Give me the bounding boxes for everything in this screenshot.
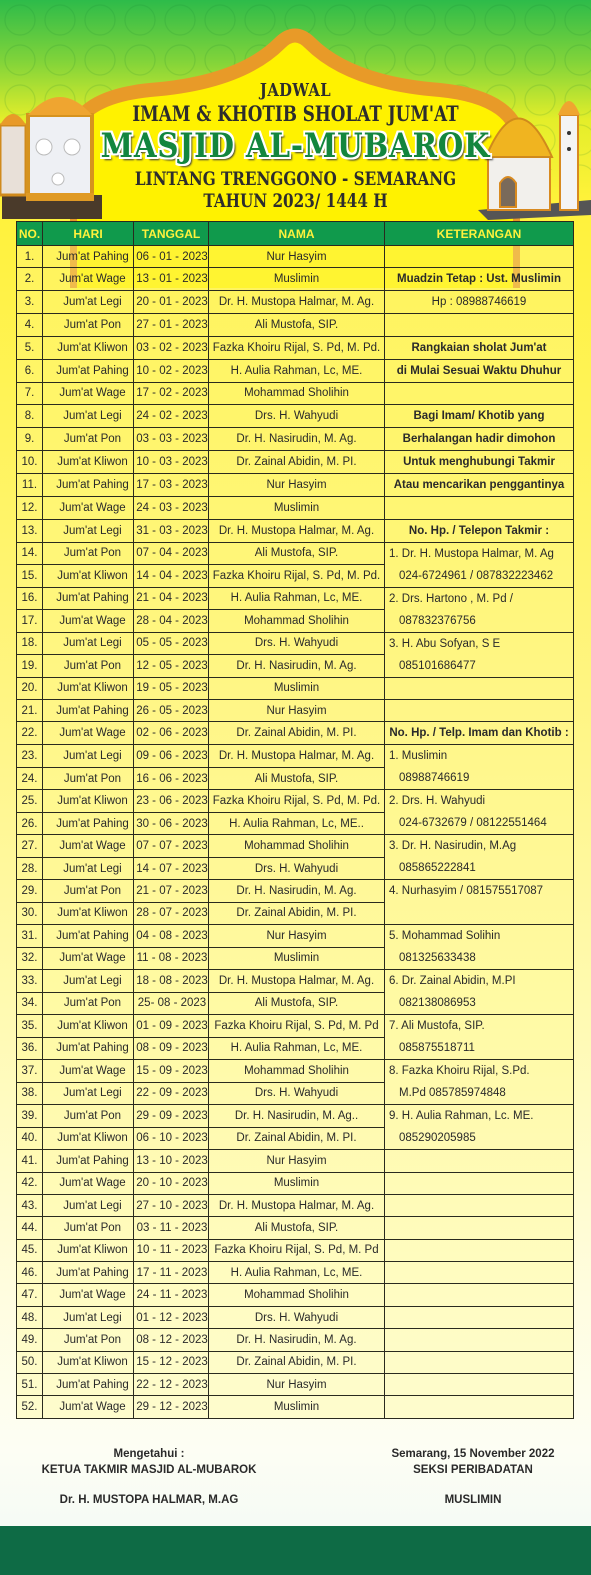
- cell-nama: Mohammad Sholihin: [209, 1284, 385, 1306]
- cell-keterangan: [385, 1306, 574, 1328]
- cell-tanggal: 15 - 09 - 2023: [134, 1060, 209, 1083]
- cell-hari: Jum'at Legi: [43, 745, 134, 768]
- cell-no: 2.: [17, 268, 43, 291]
- cell-hari: Jum'at Pahing: [43, 359, 134, 382]
- table-row: 8.Jum'at Legi24 - 02 - 2023Drs. H. Wahyu…: [17, 405, 574, 428]
- cell-keterangan: 1. Dr. H. Mustopa Halmar, M. Ag024-67249…: [385, 542, 574, 587]
- table-row: 25.Jum'at Kliwon23 - 06 - 2023Fazka Khoi…: [17, 790, 574, 813]
- cell-tanggal: 14 - 07 - 2023: [134, 857, 209, 880]
- table-row: 22.Jum'at Wage02 - 06 - 2023Dr. Zainal A…: [17, 722, 574, 745]
- cell-no: 43.: [17, 1194, 43, 1216]
- cell-nama: Dr. H. Mustopa Halmar, M. Ag.: [209, 519, 385, 542]
- cell-no: 49.: [17, 1329, 43, 1351]
- cell-tanggal: 21 - 04 - 2023: [134, 587, 209, 610]
- cell-nama: Dr. H. Nasirudin, M. Ag.: [209, 428, 385, 451]
- cell-hari: Jum'at Wage: [43, 947, 134, 970]
- cell-tanggal: 14 - 04 - 2023: [134, 565, 209, 588]
- table-row: 13.Jum'at Legi31 - 03 - 2023Dr. H. Musto…: [17, 519, 574, 542]
- cell-tanggal: 12 - 05 - 2023: [134, 655, 209, 678]
- cell-tanggal: 08 - 09 - 2023: [134, 1037, 209, 1060]
- cell-nama: Muslimin: [209, 677, 385, 699]
- cell-nama: Fazka Khoiru Rijal, S. Pd, M. Pd.: [209, 336, 385, 359]
- cell-nama: Dr. H. Mustopa Halmar, M. Ag.: [209, 745, 385, 768]
- cell-no: 29.: [17, 880, 43, 902]
- cell-tanggal: 07 - 04 - 2023: [134, 542, 209, 565]
- cell-nama: Dr. H. Nasirudin, M. Ag.: [209, 880, 385, 902]
- cell-no: 8.: [17, 405, 43, 428]
- cell-no: 11.: [17, 474, 43, 497]
- cell-nama: Dr. Zainal Abidin, M. PI.: [209, 902, 385, 924]
- cell-no: 17.: [17, 610, 43, 633]
- cell-hari: Jum'at Legi: [43, 1194, 134, 1216]
- keterangan-line: 024-6732679 / 08122551464: [389, 812, 573, 834]
- keterangan-line: 3. H. Abu Sofyan, S E: [389, 633, 573, 655]
- cell-keterangan: 2. Drs. H. Wahyudi024-6732679 / 08122551…: [385, 790, 574, 835]
- table-row: 7.Jum'at Wage17 - 02 - 2023Mohammad Shol…: [17, 382, 574, 404]
- cell-hari: Jum'at Wage: [43, 722, 134, 745]
- cell-nama: Drs. H. Wahyudi: [209, 857, 385, 880]
- schedule-table: NO. HARI TANGGAL NAMA KETERANGAN 1.Jum'a…: [16, 221, 574, 1419]
- keterangan-line: 1. Dr. H. Mustopa Halmar, M. Ag: [389, 543, 573, 565]
- footer-right-place-date: Semarang, 15 November 2022: [378, 1446, 568, 1462]
- cell-no: 33.: [17, 970, 43, 993]
- cell-hari: Jum'at Pahing: [43, 587, 134, 610]
- keterangan-line: 2. Drs. H. Wahyudi: [389, 790, 573, 812]
- table-row: 4.Jum'at Pon27 - 01 - 2023Ali Mustofa, S…: [17, 314, 574, 336]
- cell-hari: Jum'at Legi: [43, 1306, 134, 1328]
- cell-tanggal: 17 - 03 - 2023: [134, 474, 209, 497]
- cell-hari: Jum'at Pahing: [43, 925, 134, 948]
- title-block: JADWAL IMAM & KHOTIB SHOLAT JUM'AT MASJI…: [0, 80, 591, 212]
- cell-keterangan: No. Hp. / Telepon Takmir :: [385, 519, 574, 542]
- cell-no: 26.: [17, 812, 43, 835]
- cell-hari: Jum'at Kliwon: [43, 451, 134, 474]
- cell-no: 7.: [17, 382, 43, 404]
- cell-tanggal: 29 - 12 - 2023: [134, 1396, 209, 1418]
- footer-left-label: Mengetahui :: [20, 1446, 278, 1462]
- footer-left: Mengetahui : KETUA TAKMIR MASJID AL-MUBA…: [20, 1446, 278, 1508]
- table-row: 16.Jum'at Pahing21 - 04 - 2023H. Aulia R…: [17, 587, 574, 610]
- cell-tanggal: 20 - 01 - 2023: [134, 291, 209, 314]
- cell-hari: Jum'at Pon: [43, 880, 134, 902]
- cell-nama: Muslimin: [209, 1396, 385, 1418]
- cell-no: 46.: [17, 1262, 43, 1284]
- cell-tanggal: 22 - 12 - 2023: [134, 1374, 209, 1396]
- cell-nama: Dr. H. Mustopa Halmar, M. Ag.: [209, 291, 385, 314]
- cell-nama: Nur Hasyim: [209, 1374, 385, 1396]
- cell-nama: Nur Hasyim: [209, 474, 385, 497]
- cell-nama: Drs. H. Wahyudi: [209, 632, 385, 655]
- cell-hari: Jum'at Pon: [43, 1217, 134, 1239]
- table-row: 12.Jum'at Wage24 - 03 - 2023Muslimin: [17, 497, 574, 519]
- cell-no: 18.: [17, 632, 43, 655]
- cell-hari: Jum'at Kliwon: [43, 790, 134, 813]
- cell-no: 35.: [17, 1015, 43, 1038]
- cell-no: 42.: [17, 1172, 43, 1194]
- cell-no: 52.: [17, 1396, 43, 1418]
- cell-tanggal: 10 - 02 - 2023: [134, 359, 209, 382]
- cell-nama: Ali Mustofa, SIP.: [209, 542, 385, 565]
- cell-no: 51.: [17, 1374, 43, 1396]
- cell-nama: Fazka Khoiru Rijal, S. Pd, M. Pd.: [209, 565, 385, 588]
- cell-nama: Dr. H. Mustopa Halmar, M. Ag.: [209, 970, 385, 993]
- cell-nama: Mohammad Sholihin: [209, 610, 385, 633]
- cell-keterangan: 7. Ali Mustofa, SIP.085875518711: [385, 1015, 574, 1060]
- table-row: 1.Jum'at Pahing06 - 01 - 2023Nur Hasyim: [17, 246, 574, 268]
- column-header-hari: HARI: [43, 222, 134, 246]
- cell-hari: Jum'at Wage: [43, 1060, 134, 1083]
- table-row: 21.Jum'at Pahing26 - 05 - 2023Nur Hasyim: [17, 699, 574, 721]
- keterangan-line: 1. Muslimin: [389, 745, 573, 767]
- keterangan-line: 9. H. Aulia Rahman, Lc. ME.: [389, 1105, 573, 1127]
- cell-hari: Jum'at Pon: [43, 542, 134, 565]
- column-header-no: NO.: [17, 222, 43, 246]
- keterangan-line: Hp : 08988746619: [385, 291, 573, 313]
- cell-no: 23.: [17, 745, 43, 768]
- cell-tanggal: 27 - 10 - 2023: [134, 1194, 209, 1216]
- table-row: 48.Jum'at Legi01 - 12 - 2023Drs. H. Wahy…: [17, 1306, 574, 1328]
- cell-tanggal: 21 - 07 - 2023: [134, 880, 209, 902]
- cell-nama: H. Aulia Rahman, Lc, ME.: [209, 359, 385, 382]
- cell-hari: Jum'at Wage: [43, 1172, 134, 1194]
- table-row: 45.Jum'at Kliwon10 - 11 - 2023Fazka Khoi…: [17, 1239, 574, 1261]
- cell-tanggal: 07 - 07 - 2023: [134, 835, 209, 858]
- cell-keterangan: [385, 1194, 574, 1216]
- cell-hari: Jum'at Legi: [43, 970, 134, 993]
- footer-right: Semarang, 15 November 2022 SEKSI PERIBAD…: [378, 1446, 568, 1508]
- cell-tanggal: 28 - 07 - 2023: [134, 902, 209, 924]
- cell-no: 15.: [17, 565, 43, 588]
- cell-nama: Ali Mustofa, SIP.: [209, 314, 385, 336]
- cell-nama: Mohammad Sholihin: [209, 382, 385, 404]
- cell-tanggal: 25- 08 - 2023: [134, 992, 209, 1015]
- cell-keterangan: [385, 1239, 574, 1261]
- table-row: 27.Jum'at Wage07 - 07 - 2023Mohammad Sho…: [17, 835, 574, 858]
- cell-tanggal: 24 - 03 - 2023: [134, 497, 209, 519]
- cell-keterangan: [385, 1329, 574, 1351]
- cell-tanggal: 29 - 09 - 2023: [134, 1105, 209, 1128]
- keterangan-line: 024-6724961 / 087832223462: [389, 565, 573, 587]
- keterangan-line: 08988746619: [389, 767, 573, 789]
- keterangan-line: 4. Nurhasyim / 081575517087: [389, 880, 573, 902]
- cell-hari: Jum'at Wage: [43, 835, 134, 858]
- cell-hari: Jum'at Pahing: [43, 1374, 134, 1396]
- cell-tanggal: 06 - 10 - 2023: [134, 1127, 209, 1150]
- table-row: 29.Jum'at Pon21 - 07 - 2023Dr. H. Nasiru…: [17, 880, 574, 902]
- cell-hari: Jum'at Wage: [43, 1284, 134, 1306]
- cell-no: 45.: [17, 1239, 43, 1261]
- cell-hari: Jum'at Wage: [43, 1396, 134, 1418]
- cell-no: 44.: [17, 1217, 43, 1239]
- table-row: 50.Jum'at Kliwon15 - 12 - 2023Dr. Zainal…: [17, 1351, 574, 1373]
- cell-hari: Jum'at Legi: [43, 519, 134, 542]
- cell-no: 20.: [17, 677, 43, 699]
- cell-no: 27.: [17, 835, 43, 858]
- column-header-tanggal: TANGGAL: [134, 222, 209, 246]
- cell-hari: Jum'at Wage: [43, 497, 134, 519]
- location: LINTANG TRENGGONO - SEMARANG: [59, 168, 532, 190]
- cell-tanggal: 08 - 12 - 2023: [134, 1329, 209, 1351]
- cell-hari: Jum'at Pahing: [43, 812, 134, 835]
- cell-nama: Dr. H. Nasirudin, M. Ag.: [209, 1329, 385, 1351]
- table-row: 14.Jum'at Pon07 - 04 - 2023Ali Mustofa, …: [17, 542, 574, 565]
- cell-tanggal: 10 - 11 - 2023: [134, 1239, 209, 1261]
- cell-nama: H. Aulia Rahman, Lc, ME.: [209, 587, 385, 610]
- cell-tanggal: 01 - 09 - 2023: [134, 1015, 209, 1038]
- keterangan-line: Bagi Imam/ Khotib yang: [385, 405, 573, 427]
- cell-nama: Muslimin: [209, 1172, 385, 1194]
- cell-hari: Jum'at Pahing: [43, 474, 134, 497]
- cell-keterangan: [385, 1262, 574, 1284]
- keterangan-line: 5. Mohammad Solihin: [389, 925, 573, 947]
- table-row: 49.Jum'at Pon08 - 12 - 2023Dr. H. Nasiru…: [17, 1329, 574, 1351]
- cell-nama: Dr. H. Mustopa Halmar, M. Ag.: [209, 1194, 385, 1216]
- cell-keterangan: 8. Fazka Khoiru Rijal, S.Pd.M.Pd 0857859…: [385, 1060, 574, 1105]
- cell-keterangan: [385, 1284, 574, 1306]
- cell-no: 13.: [17, 519, 43, 542]
- cell-hari: Jum'at Wage: [43, 382, 134, 404]
- cell-no: 3.: [17, 291, 43, 314]
- cell-nama: Ali Mustofa, SIP.: [209, 992, 385, 1015]
- cell-tanggal: 13 - 10 - 2023: [134, 1150, 209, 1172]
- cell-no: 9.: [17, 428, 43, 451]
- cell-no: 16.: [17, 587, 43, 610]
- cell-hari: Jum'at Legi: [43, 291, 134, 314]
- cell-no: 1.: [17, 246, 43, 268]
- cell-tanggal: 27 - 01 - 2023: [134, 314, 209, 336]
- year: TAHUN 2023/ 1444 H: [59, 190, 532, 212]
- cell-keterangan: 3. Dr. H. Nasirudin, M.Ag085865222841: [385, 835, 574, 880]
- cell-keterangan: 3. H. Abu Sofyan, S E085101686477: [385, 632, 574, 677]
- cell-nama: Muslimin: [209, 947, 385, 970]
- cell-nama: Drs. H. Wahyudi: [209, 405, 385, 428]
- table-row: 44.Jum'at Pon03 - 11 - 2023Ali Mustofa, …: [17, 1217, 574, 1239]
- title-line2: IMAM & KHOTIB SHOLAT JUM'AT: [59, 102, 532, 126]
- keterangan-line: di Mulai Sesuai Waktu Dhuhur: [385, 360, 573, 382]
- cell-hari: Jum'at Pahing: [43, 1150, 134, 1172]
- table-row: 11.Jum'at Pahing17 - 03 - 2023Nur Hasyim…: [17, 474, 574, 497]
- table-row: 35.Jum'at Kliwon01 - 09 - 2023Fazka Khoi…: [17, 1015, 574, 1038]
- cell-keterangan: No. Hp. / Telp. Imam dan Khotib :: [385, 722, 574, 745]
- cell-tanggal: 10 - 03 - 2023: [134, 451, 209, 474]
- cell-no: 12.: [17, 497, 43, 519]
- cell-no: 6.: [17, 359, 43, 382]
- keterangan-line: Muadzin Tetap : Ust. Muslimin: [385, 268, 573, 290]
- cell-hari: Jum'at Pon: [43, 1329, 134, 1351]
- keterangan-line: 085875518711: [389, 1037, 573, 1059]
- keterangan-line: 085290205985: [389, 1127, 573, 1149]
- table-row: 46.Jum'at Pahing17 - 11 - 2023H. Aulia R…: [17, 1262, 574, 1284]
- table-row: 10.Jum'at Kliwon10 - 03 - 2023Dr. Zainal…: [17, 451, 574, 474]
- title-line1: JADWAL: [53, 80, 538, 102]
- cell-keterangan: [385, 314, 574, 336]
- cell-tanggal: 26 - 05 - 2023: [134, 699, 209, 721]
- cell-tanggal: 06 - 01 - 2023: [134, 246, 209, 268]
- cell-keterangan: 1. Muslimin08988746619: [385, 745, 574, 790]
- cell-no: 34.: [17, 992, 43, 1015]
- cell-tanggal: 03 - 11 - 2023: [134, 1217, 209, 1239]
- cell-hari: Jum'at Pon: [43, 428, 134, 451]
- cell-tanggal: 24 - 11 - 2023: [134, 1284, 209, 1306]
- cell-nama: Ali Mustofa, SIP.: [209, 1217, 385, 1239]
- cell-nama: Drs. H. Wahyudi: [209, 1082, 385, 1105]
- keterangan-line: Rangkaian sholat Jum'at: [385, 337, 573, 359]
- cell-no: 37.: [17, 1060, 43, 1083]
- cell-tanggal: 11 - 08 - 2023: [134, 947, 209, 970]
- cell-keterangan: 6. Dr. Zainal Abidin, M.PI082138086953: [385, 970, 574, 1015]
- cell-tanggal: 23 - 06 - 2023: [134, 790, 209, 813]
- keterangan-line: Berhalangan hadir dimohon: [385, 428, 573, 450]
- keterangan-line: 081325633438: [389, 947, 573, 969]
- table-row: 39.Jum'at Pon29 - 09 - 2023Dr. H. Nasiru…: [17, 1105, 574, 1128]
- cell-no: 28.: [17, 857, 43, 880]
- table-row: 23.Jum'at Legi09 - 06 - 2023Dr. H. Musto…: [17, 745, 574, 768]
- table-row: 5.Jum'at Kliwon03 - 02 - 2023Fazka Khoir…: [17, 336, 574, 359]
- keterangan-line: 082138086953: [389, 992, 573, 1014]
- keterangan-line: M.Pd 085785974848: [389, 1082, 573, 1104]
- cell-keterangan: Rangkaian sholat Jum'at: [385, 336, 574, 359]
- cell-keterangan: Atau mencarikan penggantinya: [385, 474, 574, 497]
- cell-nama: Dr. H. Nasirudin, M. Ag.: [209, 655, 385, 678]
- cell-nama: Dr. Zainal Abidin, M. PI.: [209, 722, 385, 745]
- keterangan-line: Untuk menghubungi Takmir: [385, 451, 573, 473]
- cell-keterangan: Hp : 08988746619: [385, 291, 574, 314]
- cell-hari: Jum'at Wage: [43, 610, 134, 633]
- cell-tanggal: 31 - 03 - 2023: [134, 519, 209, 542]
- cell-no: 5.: [17, 336, 43, 359]
- cell-tanggal: 05 - 05 - 2023: [134, 632, 209, 655]
- cell-no: 50.: [17, 1351, 43, 1373]
- table-row: 37.Jum'at Wage15 - 09 - 2023Mohammad Sho…: [17, 1060, 574, 1083]
- cell-keterangan: [385, 1351, 574, 1373]
- cell-nama: Dr. Zainal Abidin, M. PI.: [209, 1351, 385, 1373]
- cell-keterangan: 9. H. Aulia Rahman, Lc. ME.085290205985: [385, 1105, 574, 1150]
- table-row: 2.Jum'at Wage13 - 01 - 2023MusliminMuadz…: [17, 268, 574, 291]
- cell-nama: Nur Hasyim: [209, 246, 385, 268]
- footer-right-name: MUSLIMIN: [378, 1492, 568, 1508]
- cell-tanggal: 03 - 02 - 2023: [134, 336, 209, 359]
- cell-keterangan: [385, 1396, 574, 1418]
- cell-hari: Jum'at Kliwon: [43, 1127, 134, 1150]
- cell-tanggal: 22 - 09 - 2023: [134, 1082, 209, 1105]
- cell-no: 4.: [17, 314, 43, 336]
- cell-keterangan: [385, 497, 574, 519]
- cell-keterangan: [385, 699, 574, 721]
- cell-keterangan: [385, 1374, 574, 1396]
- keterangan-line: 8. Fazka Khoiru Rijal, S.Pd.: [389, 1060, 573, 1082]
- cell-hari: Jum'at Kliwon: [43, 902, 134, 924]
- table-row: 42.Jum'at Wage20 - 10 - 2023Muslimin: [17, 1172, 574, 1194]
- cell-no: 30.: [17, 902, 43, 924]
- cell-hari: Jum'at Pahing: [43, 1037, 134, 1060]
- cell-nama: Dr. Zainal Abidin, M. PI.: [209, 1127, 385, 1150]
- cell-hari: Jum'at Kliwon: [43, 1239, 134, 1261]
- cell-hari: Jum'at Wage: [43, 268, 134, 291]
- cell-nama: Mohammad Sholihin: [209, 835, 385, 858]
- keterangan-line: 2. Drs. Hartono , M. Pd /: [389, 588, 573, 610]
- cell-keterangan: Berhalangan hadir dimohon: [385, 428, 574, 451]
- cell-keterangan: Untuk menghubungi Takmir: [385, 451, 574, 474]
- table-row: 41.Jum'at Pahing13 - 10 - 2023Nur Hasyim: [17, 1150, 574, 1172]
- cell-tanggal: 15 - 12 - 2023: [134, 1351, 209, 1373]
- keterangan-line: 3. Dr. H. Nasirudin, M.Ag: [389, 835, 573, 857]
- cell-hari: Jum'at Pon: [43, 1105, 134, 1128]
- cell-keterangan: [385, 1217, 574, 1239]
- cell-no: 19.: [17, 655, 43, 678]
- bottom-bar: [0, 1526, 591, 1575]
- cell-no: 10.: [17, 451, 43, 474]
- cell-hari: Jum'at Pahing: [43, 246, 134, 268]
- table-row: 52.Jum'at Wage29 - 12 - 2023Muslimin: [17, 1396, 574, 1418]
- cell-hari: Jum'at Pon: [43, 314, 134, 336]
- cell-no: 22.: [17, 722, 43, 745]
- cell-nama: Dr. H. Nasirudin, M. Ag..: [209, 1105, 385, 1128]
- cell-keterangan: 5. Mohammad Solihin081325633438: [385, 925, 574, 970]
- cell-hari: Jum'at Kliwon: [43, 1351, 134, 1373]
- keterangan-line: No. Hp. / Telepon Takmir :: [385, 520, 573, 542]
- column-header-keterangan: KETERANGAN: [385, 222, 574, 246]
- cell-no: 24.: [17, 767, 43, 790]
- cell-keterangan: 4. Nurhasyim / 081575517087: [385, 880, 574, 925]
- table-row: 6.Jum'at Pahing10 - 02 - 2023H. Aulia Ra…: [17, 359, 574, 382]
- keterangan-line: 7. Ali Mustofa, SIP.: [389, 1015, 573, 1037]
- cell-no: 36.: [17, 1037, 43, 1060]
- cell-no: 14.: [17, 542, 43, 565]
- keterangan-line: Atau mencarikan penggantinya: [385, 474, 573, 496]
- cell-nama: Nur Hasyim: [209, 1150, 385, 1172]
- cell-hari: Jum'at Legi: [43, 1082, 134, 1105]
- cell-hari: Jum'at Pahing: [43, 699, 134, 721]
- cell-nama: H. Aulia Rahman, Lc, ME.: [209, 1037, 385, 1060]
- cell-hari: Jum'at Kliwon: [43, 677, 134, 699]
- cell-nama: Mohammad Sholihin: [209, 1060, 385, 1083]
- cell-hari: Jum'at Legi: [43, 857, 134, 880]
- table-row: 31.Jum'at Pahing04 - 08 - 2023Nur Hasyim…: [17, 925, 574, 948]
- table-row: 51.Jum'at Pahing22 - 12 - 2023Nur Hasyim: [17, 1374, 574, 1396]
- cell-nama: Dr. Zainal Abidin, M. PI.: [209, 451, 385, 474]
- cell-tanggal: 09 - 06 - 2023: [134, 745, 209, 768]
- cell-keterangan: Bagi Imam/ Khotib yang: [385, 405, 574, 428]
- cell-tanggal: 01 - 12 - 2023: [134, 1306, 209, 1328]
- keterangan-line: No. Hp. / Telp. Imam dan Khotib :: [385, 722, 573, 744]
- cell-nama: Drs. H. Wahyudi: [209, 1306, 385, 1328]
- cell-nama: Nur Hasyim: [209, 925, 385, 948]
- cell-nama: Muslimin: [209, 497, 385, 519]
- cell-no: 25.: [17, 790, 43, 813]
- cell-keterangan: [385, 1172, 574, 1194]
- cell-tanggal: 30 - 06 - 2023: [134, 812, 209, 835]
- cell-no: 47.: [17, 1284, 43, 1306]
- cell-tanggal: 28 - 04 - 2023: [134, 610, 209, 633]
- cell-tanggal: 13 - 01 - 2023: [134, 268, 209, 291]
- cell-nama: Nur Hasyim: [209, 699, 385, 721]
- cell-nama: Muslimin: [209, 268, 385, 291]
- cell-keterangan: [385, 1150, 574, 1172]
- cell-tanggal: 17 - 02 - 2023: [134, 382, 209, 404]
- cell-no: 40.: [17, 1127, 43, 1150]
- cell-hari: Jum'at Legi: [43, 632, 134, 655]
- cell-hari: Jum'at Pon: [43, 992, 134, 1015]
- cell-no: 21.: [17, 699, 43, 721]
- column-header-nama: NAMA: [209, 222, 385, 246]
- cell-tanggal: 16 - 06 - 2023: [134, 767, 209, 790]
- cell-tanggal: 19 - 05 - 2023: [134, 677, 209, 699]
- cell-no: 38.: [17, 1082, 43, 1105]
- cell-nama: Ali Mustofa, SIP.: [209, 767, 385, 790]
- cell-nama: Fazka Khoiru Rijal, S. Pd, M. Pd: [209, 1239, 385, 1261]
- cell-nama: Fazka Khoiru Rijal, S. Pd, M. Pd: [209, 1015, 385, 1038]
- keterangan-line: 085101686477: [389, 655, 573, 677]
